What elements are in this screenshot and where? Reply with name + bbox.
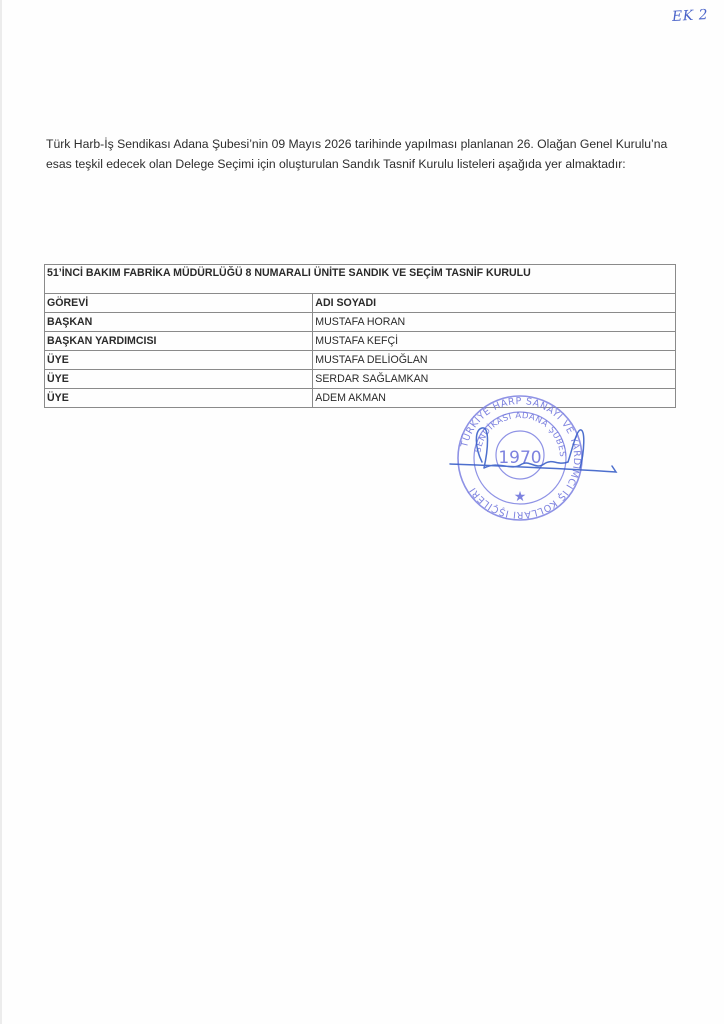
signature-icon: [440, 410, 620, 490]
name-cell: MUSTAFA DELİOĞLAN: [313, 351, 676, 370]
name-cell: MUSTAFA HORAN: [313, 313, 676, 332]
table-row: ÜYE SERDAR SAĞLAMKAN: [45, 370, 676, 389]
header-name: ADI SOYADI: [313, 294, 676, 313]
role-cell: ÜYE: [45, 389, 313, 408]
table-header-row: GÖREVİ ADI SOYADI: [45, 294, 676, 313]
role-cell: ÜYE: [45, 351, 313, 370]
committee-table: 51’İNCİ BAKIM FABRİKA MÜDÜRLÜĞÜ 8 NUMARA…: [44, 264, 676, 408]
name-cell: MUSTAFA KEFÇİ: [313, 332, 676, 351]
header-role: GÖREVİ: [45, 294, 313, 313]
handwritten-annex-label: EK 2: [672, 7, 709, 25]
role-cell: ÜYE: [45, 370, 313, 389]
scan-edge: [0, 0, 2, 1024]
intro-paragraph: Türk Harb-İş Sendikası Adana Şubesi’nin …: [46, 134, 686, 174]
role-cell: BAŞKAN YARDIMCISI: [45, 332, 313, 351]
table-row: BAŞKAN YARDIMCISI MUSTAFA KEFÇİ: [45, 332, 676, 351]
name-cell: SERDAR SAĞLAMKAN: [313, 370, 676, 389]
document-page: EK 2 Türk Harb-İş Sendikası Adana Şubesi…: [0, 0, 724, 1024]
star-icon: ★: [514, 489, 527, 505]
table-title-row: 51’İNCİ BAKIM FABRİKA MÜDÜRLÜĞÜ 8 NUMARA…: [45, 265, 676, 294]
table-row: ÜYE MUSTAFA DELİOĞLAN: [45, 351, 676, 370]
table-row: BAŞKAN MUSTAFA HORAN: [45, 313, 676, 332]
table-title: 51’İNCİ BAKIM FABRİKA MÜDÜRLÜĞÜ 8 NUMARA…: [45, 265, 676, 294]
role-cell: BAŞKAN: [45, 313, 313, 332]
